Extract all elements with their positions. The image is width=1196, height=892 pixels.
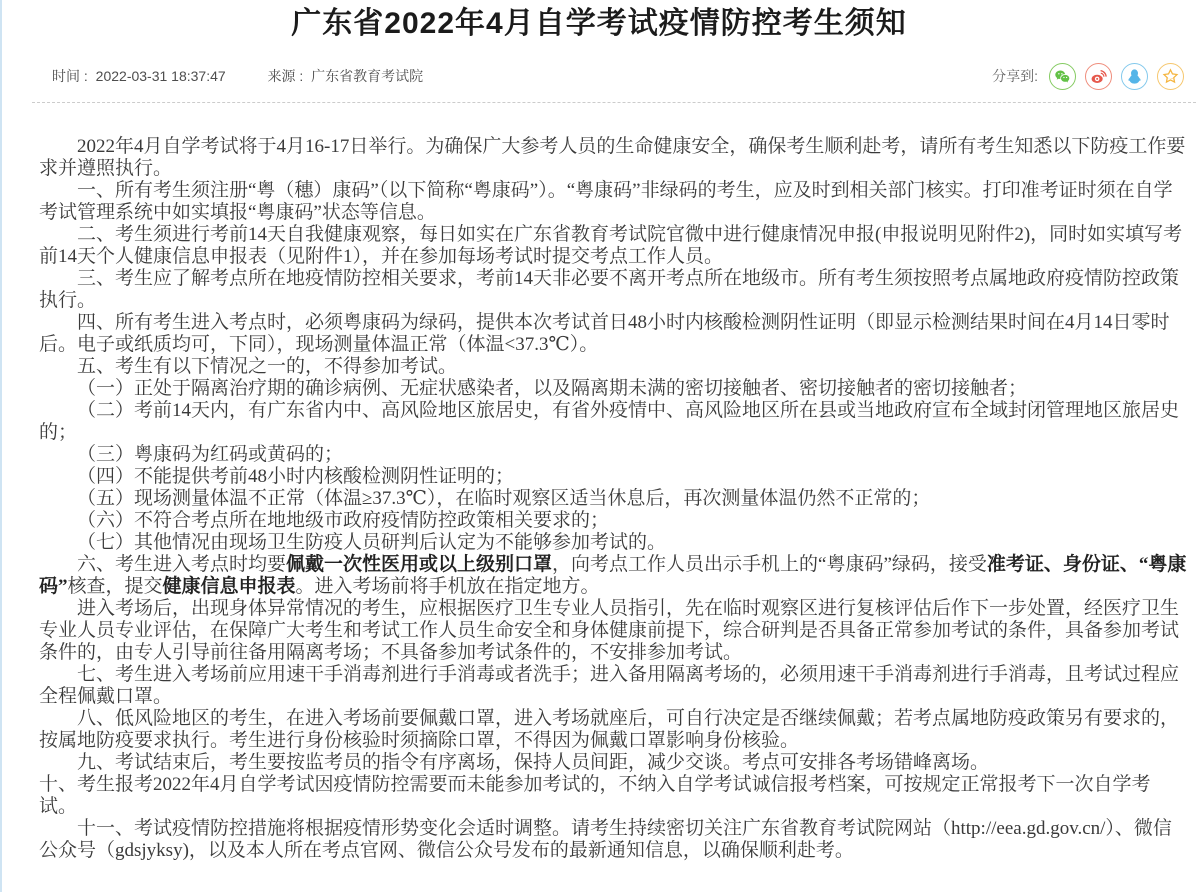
article-page: 广东省2022年4月自学考试疫情防控考生须知 时间 : 2022-03-31 1…	[0, 0, 1196, 892]
sec6-bold-mask: 佩戴一次性医用或以上级别口罩	[286, 554, 552, 575]
paragraph-sec2: 二、考生须进行考前14天自我健康观察，每日如实在广东省教育考试院官微中进行健康情…	[39, 224, 1188, 268]
paragraph-sec4: 四、所有考生进入考点时，必须粤康码为绿码，提供本次考试首日48小时内核酸检测阴性…	[39, 312, 1188, 356]
paragraph-sec6b: 进入考场后，出现身体异常情况的考生，应根据医疗卫生专业人员指引，先在临时观察区进…	[39, 598, 1188, 664]
sec6-text: ，向考点工作人员出示手机上的“粤康码”绿码，接受	[552, 554, 987, 575]
qzone-star-icon	[1161, 67, 1180, 86]
sec6-bold-health-form: 健康信息申报表	[163, 576, 296, 597]
paragraph-item7: （七）其他情况由现场卫生防疫人员研判后认定为不能够参加考试的。	[39, 532, 1188, 554]
paragraph-sec11: 十一、考试疫情防控措施将根据疫情形势变化会适时调整。请考生持续密切关注广东省教育…	[39, 818, 1188, 862]
paragraph-intro: 2022年4月自学考试将于4月16-17日举行。为确保广大参考人员的生命健康安全…	[39, 136, 1188, 180]
paragraph-sec3: 三、考生应了解考点所在地疫情防控相关要求，考前14天非必要不离开考点所在地级市。…	[39, 268, 1188, 312]
time-value: 2022-03-31 18:37:47	[96, 68, 226, 84]
sec6-text: 。进入考场前将手机放在指定地方。	[296, 576, 600, 597]
article-meta: 时间 : 2022-03-31 18:37:47 来源 : 广东省教育考试院	[52, 66, 427, 86]
page-title: 广东省2022年4月自学考试疫情防控考生须知	[2, 0, 1196, 42]
meta-bar: 时间 : 2022-03-31 18:37:47 来源 : 广东省教育考试院 分…	[2, 62, 1196, 90]
paragraph-item1: （一）正处于隔离治疗期的确诊病例、无症状感染者，以及隔离期未满的密切接触者、密切…	[39, 378, 1188, 400]
qzone-share-button[interactable]	[1157, 63, 1184, 90]
source-label: 来源 :	[267, 68, 303, 84]
paragraph-sec7: 七、考生进入考场前应用速干手消毒剂进行手消毒或者洗手；进入备用隔离考场的，必须用…	[39, 664, 1188, 708]
qq-share-button[interactable]	[1121, 63, 1148, 90]
paragraph-item6: （六）不符合考点所在地地级市政府疫情防控政策相关要求的；	[39, 510, 1188, 532]
time-label: 时间 :	[52, 68, 88, 84]
paragraph-sec1: 一、所有考生须注册“粤（穗）康码”（以下简称“粤康码”）。“粤康码”非绿码的考生…	[39, 180, 1188, 224]
paragraph-item4: （四）不能提供考前48小时内核酸检测阴性证明的；	[39, 466, 1188, 488]
qq-icon	[1125, 67, 1144, 86]
weibo-icon	[1089, 67, 1108, 86]
paragraph-sec5: 五、考生有以下情况之一的，不得参加考试。	[39, 356, 1188, 378]
sec6-text: 六、考生进入考点时均要	[77, 554, 286, 575]
share-bar: 分享到:	[992, 63, 1184, 90]
paragraph-sec6: 六、考生进入考点时均要佩戴一次性医用或以上级别口罩，向考点工作人员出示手机上的“…	[39, 554, 1188, 598]
paragraph-item3: （三）粤康码为红码或黄码的；	[39, 444, 1188, 466]
paragraph-sec10: 十、考生报考2022年4月自学考试因疫情防控需要而未能参加考试的，不纳入自学考试…	[39, 774, 1188, 818]
source-value: 广东省教育考试院	[311, 68, 423, 84]
share-label: 分享到:	[992, 66, 1038, 86]
paragraph-item2: （二）考前14天内，有广东省内中、高风险地区旅居史，有省外疫情中、高风险地区所在…	[39, 400, 1188, 444]
article-body: 2022年4月自学考试将于4月16-17日举行。为确保广大参考人员的生命健康安全…	[2, 103, 1196, 862]
paragraph-sec9: 九、考试结束后，考生要按监考员的指令有序离场，保持人员间距，减少交谈。考点可安排…	[39, 752, 1188, 774]
weibo-share-button[interactable]	[1085, 63, 1112, 90]
paragraph-sec8: 八、低风险地区的考生，在进入考场前要佩戴口罩，进入考场就座后，可自行决定是否继续…	[39, 708, 1188, 752]
wechat-share-button[interactable]	[1049, 63, 1076, 90]
sec6-text: 核查，提交	[68, 576, 163, 597]
paragraph-item5: （五）现场测量体温不正常（体温≥37.3℃），在临时观察区适当休息后，再次测量体…	[39, 488, 1188, 510]
wechat-icon	[1053, 67, 1072, 86]
